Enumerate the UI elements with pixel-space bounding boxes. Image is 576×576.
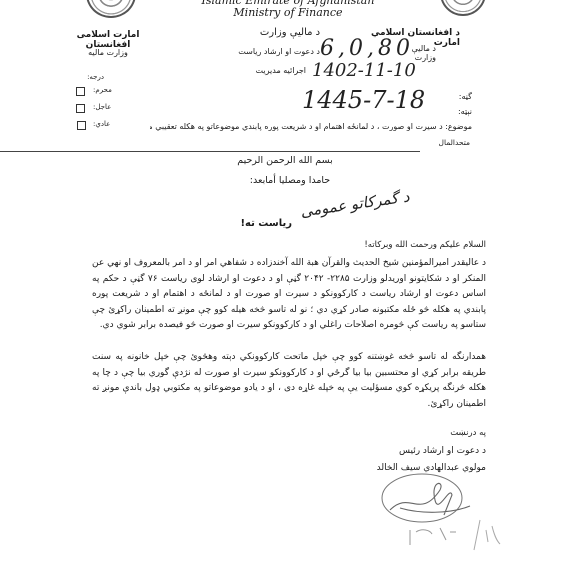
checkbox-confidential[interactable] [76,87,85,96]
handwritten-addressee-note: د گمرکاتو عمومی [299,187,410,220]
right-header-line2: د مالیې وزارت [390,44,436,62]
handwritten-date-solar: 1402-11-10 [312,60,416,81]
classification-option-urgent[interactable]: عاجل: [76,103,116,115]
hamd: حامدا ومصلیا أمابعد: [240,175,340,186]
subject-continued: متحدالمال [420,138,470,147]
checkbox-normal[interactable] [77,121,86,130]
number-label: گڼه: [452,92,472,101]
right-seal-logo [440,0,486,16]
left-header-line1: امارت اسلامی افغانستان [70,30,146,50]
option-label-confidential: محرم: [93,86,112,94]
addressee: ریاست ته! [232,218,292,229]
subject-line: موضوع: د سیرت او صورت ، د لمانځه اهتمام … [150,122,472,131]
date-label: نېټه: [452,107,472,116]
english-title-line2: Ministry of Finance [200,6,376,19]
signature-icon [380,470,510,560]
subject-label: موضوع: [445,122,472,131]
left-seal-logo [86,0,136,18]
basmala: بسم الله الرحمن الرحیم [230,155,340,166]
center-directorate: د دعوت او ارشاد ریاست [220,47,320,56]
greeting: السلام علیکم ورحمت الله وبرکاته! [300,240,486,250]
english-title: Islamic Emirate of Afghanistan Ministry … [200,0,376,19]
letter-paragraph-1: د عالیقدر امیرالمؤمنین شیخ الحدیث والقرآ… [92,256,486,334]
subject-text: د سیرت او صورت ، د لمانځه اهتمام او د شر… [150,122,443,131]
signer-title: د دعوت او ارشاد رئیس [340,446,486,456]
checkbox-urgent[interactable] [76,104,85,113]
classification-option-normal[interactable]: عادي: [76,120,116,132]
classification-option-confidential[interactable]: محرم: [76,86,116,98]
option-label-urgent: عاجل: [93,103,111,111]
letter-paragraph-2: همدارنگه له تاسو څخه غوښتنه کوو چې خپل م… [92,350,486,412]
classification-label: درجه: [84,73,104,81]
closing: په درنښت [400,428,486,438]
option-label-normal: عادي: [93,120,110,128]
handwritten-date-lunar: 1445-7-18 [302,86,425,114]
center-admin: اجرائیه مدیریت [236,66,306,75]
left-header-line2: وزارت مالیه [88,48,128,57]
header-separator [0,151,420,152]
